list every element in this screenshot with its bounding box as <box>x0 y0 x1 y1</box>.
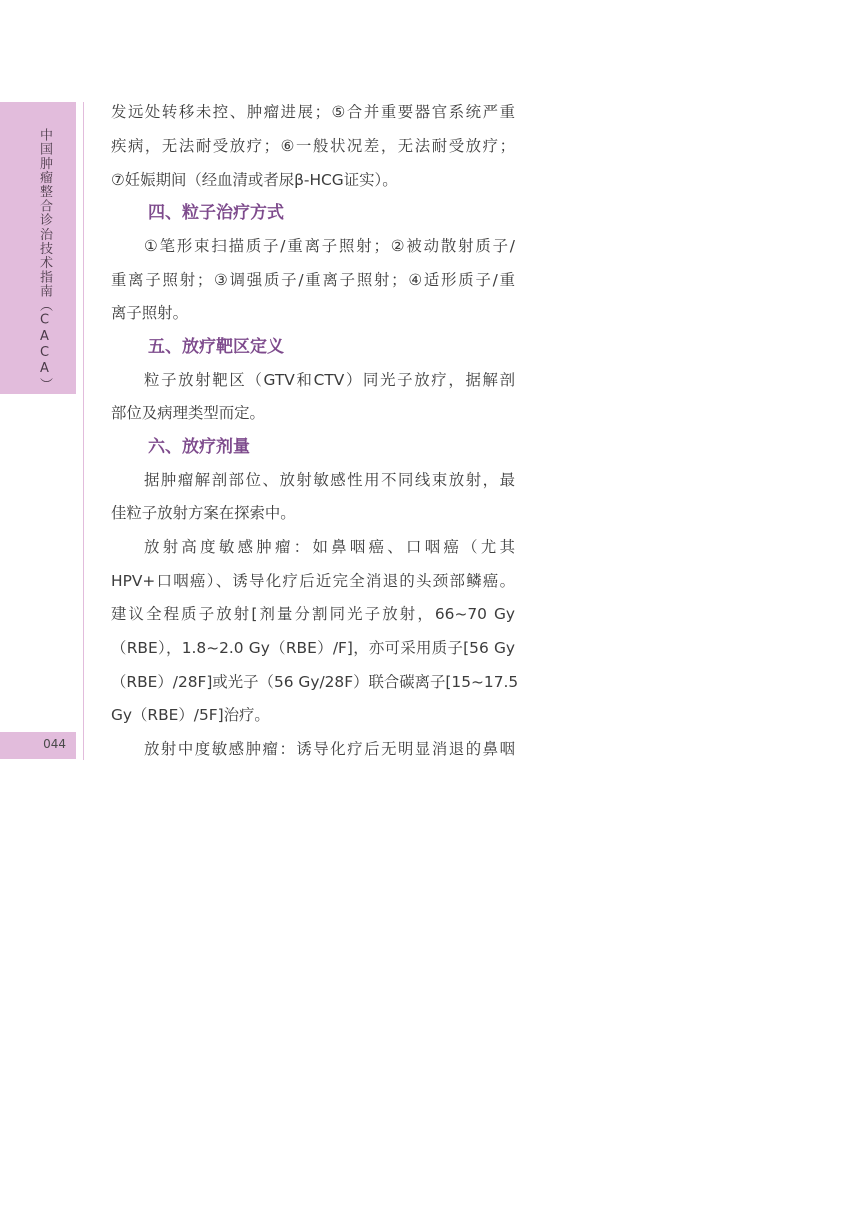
page-number-block: 044 <box>0 732 76 759</box>
vertical-divider <box>83 102 84 760</box>
text-line: 疾病，无法耐受放疗；⑥一般状况差，无法耐受放疗； <box>111 134 515 158</box>
text-line: ①笔形束扫描质子/重离子照射；②被动散射质子/ <box>144 234 515 258</box>
text-line: 重离子照射；③调强质子/重离子照射；④适形质子/重 <box>111 268 515 292</box>
page-number: 044 <box>43 737 66 751</box>
text-line: 发远处转移未控、肿瘤进展；⑤合并重要器官系统严重 <box>111 100 515 124</box>
sidebar-title-block: 中国肿瘤整合诊治技术指南（CACA） <box>0 102 76 394</box>
section-heading-6: 六、放疗剂量 <box>148 434 250 460</box>
text-line: 佳粒子放射方案在探索中。 <box>111 501 515 525</box>
section-heading-4: 四、粒子治疗方式 <box>148 200 284 226</box>
text-line: 离子照射。 <box>111 301 515 325</box>
text-line: Gy（RBE）/5F]治疗。 <box>111 703 515 727</box>
text-line: HPV+口咽癌）、诱导化疗后近完全消退的头颈部鳞癌。 <box>111 569 515 593</box>
text-line: 放射高度敏感肿瘤：如鼻咽癌、口咽癌（尤其 <box>144 535 515 559</box>
text-line: 放射中度敏感肿瘤：诱导化疗后无明显消退的鼻咽 <box>144 737 515 761</box>
text-line: ⑦妊娠期间（经血清或者尿β-HCG证实）。 <box>111 168 515 192</box>
text-line: 据肿瘤解剖部位、放射敏感性用不同线束放射，最 <box>144 468 515 492</box>
section-heading-5: 五、放疗靶区定义 <box>148 334 284 360</box>
text-line: 部位及病理类型而定。 <box>111 401 515 425</box>
book-title: 中国肿瘤整合诊治技术指南（CACA） <box>36 128 52 392</box>
text-line: （RBE），1.8~2.0 Gy（RBE）/F]，亦可采用质子[56 Gy <box>111 636 515 660</box>
text-line: 建议全程质子放射[剂量分割同光子放射，66~70 Gy <box>111 602 515 626</box>
text-line: （RBE）/28F]或光子（56 Gy/28F）联合碳离子[15~17.5 <box>111 670 515 694</box>
text-line: 粒子放射靶区（GTV和CTV）同光子放疗，据解剖 <box>144 368 515 392</box>
